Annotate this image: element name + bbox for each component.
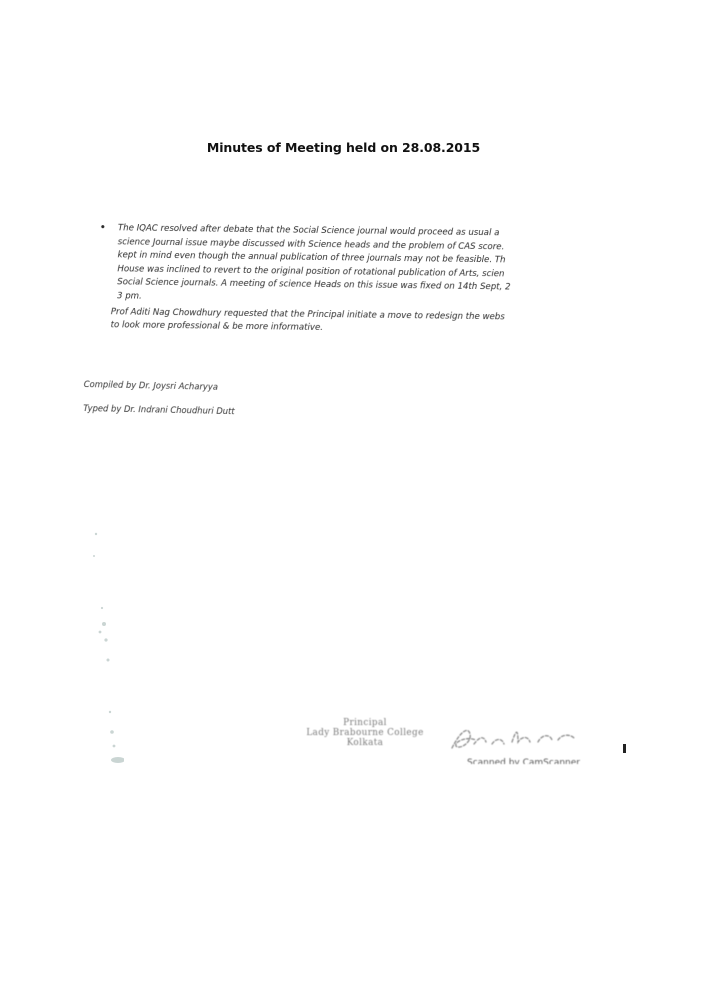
scanned-minutes-body: • The IQAC resolved after debate that th…: [95, 222, 626, 340]
scanner-watermark: Scanned by CamScanner: [467, 758, 627, 764]
stamp-line-college: Lady Brabourne College: [290, 728, 440, 738]
signature-icon: [446, 722, 586, 756]
stamp-line-city: Kolkata: [290, 738, 440, 748]
typed-by: Typed by Dr. Indrani Choudhuri Dutt: [83, 396, 235, 423]
minutes-item-website: • Prof Aditi Nag Chowdhury requested tha…: [95, 305, 625, 339]
credits-block: Compiled by Dr. Joysri Acharyya Typed by…: [83, 372, 235, 423]
stamp-line-principal: Principal: [290, 718, 440, 728]
page-title: Minutes of Meeting held on 28.08.2015: [0, 140, 697, 155]
document-page: Minutes of Meeting held on 28.08.2015 • …: [0, 0, 707, 1000]
scan-edge-mark: [623, 744, 626, 753]
minutes-item-journals: • The IQAC resolved after debate that th…: [95, 222, 626, 310]
compiled-by: Compiled by Dr. Joysri Acharyya: [83, 372, 235, 399]
minutes-text-block: • The IQAC resolved after debate that th…: [95, 222, 626, 340]
principal-stamp: Principal Lady Brabourne College Kolkata: [290, 718, 440, 748]
scan-noise-icon: [84, 520, 124, 770]
bullet-icon: •: [100, 222, 106, 236]
